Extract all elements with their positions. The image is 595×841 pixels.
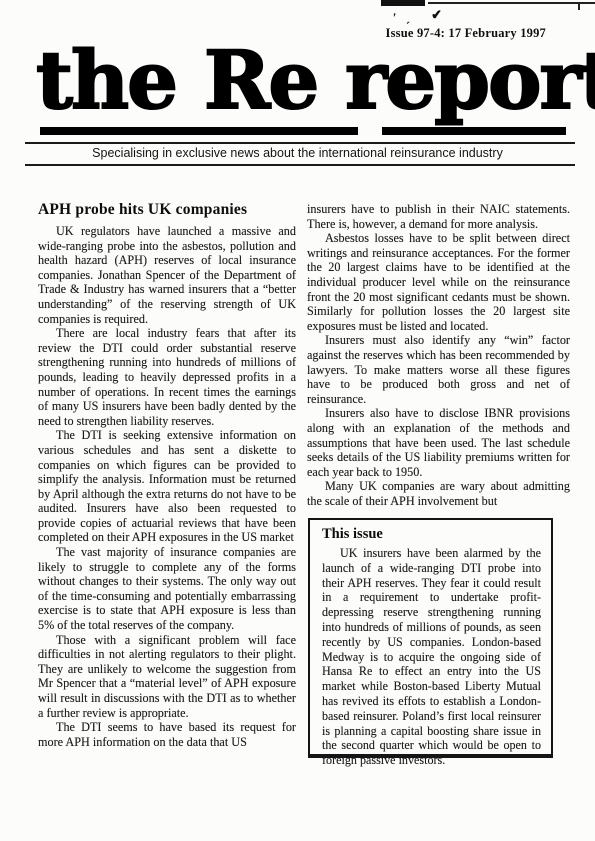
tagline-rule-bottom: [25, 164, 575, 166]
masthead-title: the Re report: [36, 38, 576, 122]
pen-marks: ʹˏ ✔: [393, 6, 452, 26]
tagline-rule-top: [25, 142, 575, 144]
masthead-rule-left-segment: [40, 127, 358, 135]
article-paragraph: There are local industry fears that afte…: [38, 326, 296, 428]
article-paragraph: The vast majority of insurance companies…: [38, 545, 296, 633]
tagline: Specialising in exclusive news about the…: [0, 146, 595, 160]
right-column: insurers have to publish in their NAIC s…: [307, 202, 570, 508]
scan-artifact-bar: [381, 0, 425, 6]
article-paragraph: Those with a significant problem will fa…: [38, 633, 296, 721]
article-paragraph: Asbestos losses have to be split between…: [307, 231, 570, 333]
article-headline: APH probe hits UK companies: [38, 201, 296, 219]
this-issue-title: This issue: [322, 526, 541, 543]
article-paragraph: The DTI is seeking extensive information…: [38, 428, 296, 545]
masthead-rule-right-segment: [382, 127, 566, 135]
article-paragraph: Many UK companies are wary about admitti…: [307, 479, 570, 508]
article-paragraph: Insurers must also identify any “win” fa…: [307, 333, 570, 406]
scan-artifact-line: [428, 2, 595, 4]
newsletter-page: ʹˏ ✔ Issue 97-4: 17 February 1997 the Re…: [0, 0, 595, 841]
this-issue-box: This issue UK insurers have been alarmed…: [308, 518, 553, 758]
article-paragraph: Insurers also have to disclose IBNR prov…: [307, 406, 570, 479]
article-paragraph: The DTI seems to have based its request …: [38, 720, 296, 749]
left-column: APH probe hits UK companies UK regulator…: [38, 201, 296, 749]
article-paragraph: UK regulators have launched a massive an…: [38, 224, 296, 326]
article-paragraph: insurers have to publish in their NAIC s…: [307, 202, 570, 231]
this-issue-summary: UK insurers have been alarmed by the lau…: [322, 546, 541, 768]
scan-artifact-tick: [578, 2, 580, 10]
